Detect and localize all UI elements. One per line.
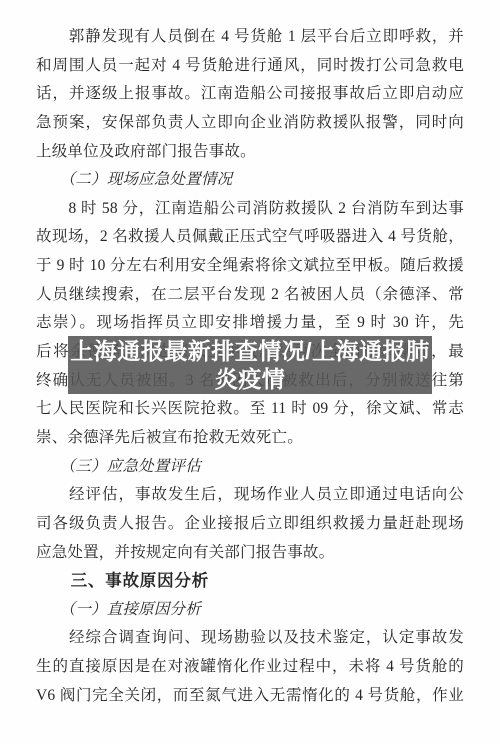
text-line: 经评估，事故发生后，现场作业人员立即通过电话向公 (36, 481, 464, 510)
document-page: 郭静发现有人员倒在 4 号货舱 1 层平台后立即呼救，并 和周围人员一起对 4 … (0, 0, 500, 744)
watermark-overlay: 上海通报最新排查情况/上海通报肺 炎疫情 (68, 336, 432, 394)
watermark-title-line-1: 上海通报最新排查情况/上海通报肺 (70, 337, 429, 365)
text-line: 志崇）。现场指挥员立即安排增援力量，至 9 时 30 许，先 (36, 309, 464, 338)
subsection-heading-1: （一）直接原因分析 (36, 596, 464, 625)
text-line: 七人民医院和长兴医院抢救。至 11 时 09 分，徐文斌、常志 (36, 395, 464, 424)
text-line: 和周围人员一起对 4 号货舱进行通风，同时拨打公司急救电 (36, 52, 464, 81)
text-line: 话，并逐级上报事故。江南造船公司接报事故后立即启动应 (36, 80, 464, 109)
text-line: 人员继续搜索，在二层平台发现 2 名被困人员（余德泽、常 (36, 281, 464, 310)
text-line: 生的直接原因是在对液罐惰化作业过程中，未将 4 号货舱的 (36, 653, 464, 682)
text-line: 应急处置，并按规定向有关部门报告事故。 (36, 539, 464, 568)
text-line: 上级单位及政府部门报告事故。 (36, 138, 464, 167)
text-line: 经综合调查询问、现场勘验以及技术鉴定，认定事故发 (36, 624, 464, 653)
text-line: 8 时 58 分，江南造船公司消防救援队 2 台消防车到达事 (36, 195, 464, 224)
text-line: 故现场，2 名救援人员佩戴正压式空气呼吸器进入 4 号货舱， (36, 223, 464, 252)
text-line: 郭静发现有人员倒在 4 号货舱 1 层平台后立即呼救，并 (36, 23, 464, 52)
text-line: 司各级负责人报告。企业接报后立即组织救援力量赶赴现场 (36, 510, 464, 539)
subsection-heading-2: （二）现场应急处置情况 (36, 166, 464, 195)
text-line: 急预案，安保部负责人立即向企业消防救援队报警，同时向 (36, 109, 464, 138)
text-line: 于 9 时 10 分左右利用安全绳索将徐文斌拉至甲板。随后救援 (36, 252, 464, 281)
subsection-heading-3: （三）应急处置评估 (36, 453, 464, 482)
section-heading-3: 三、事故原因分析 (36, 567, 464, 596)
text-line: 崇、余德泽先后被宣布抢救无效死亡。 (36, 424, 464, 453)
text-line: V6 阀门完全关闭，而至氮气进入无需惰化的 4 号货舱，作业 (36, 682, 464, 711)
watermark-title-line-2: 炎疫情 (215, 365, 286, 393)
